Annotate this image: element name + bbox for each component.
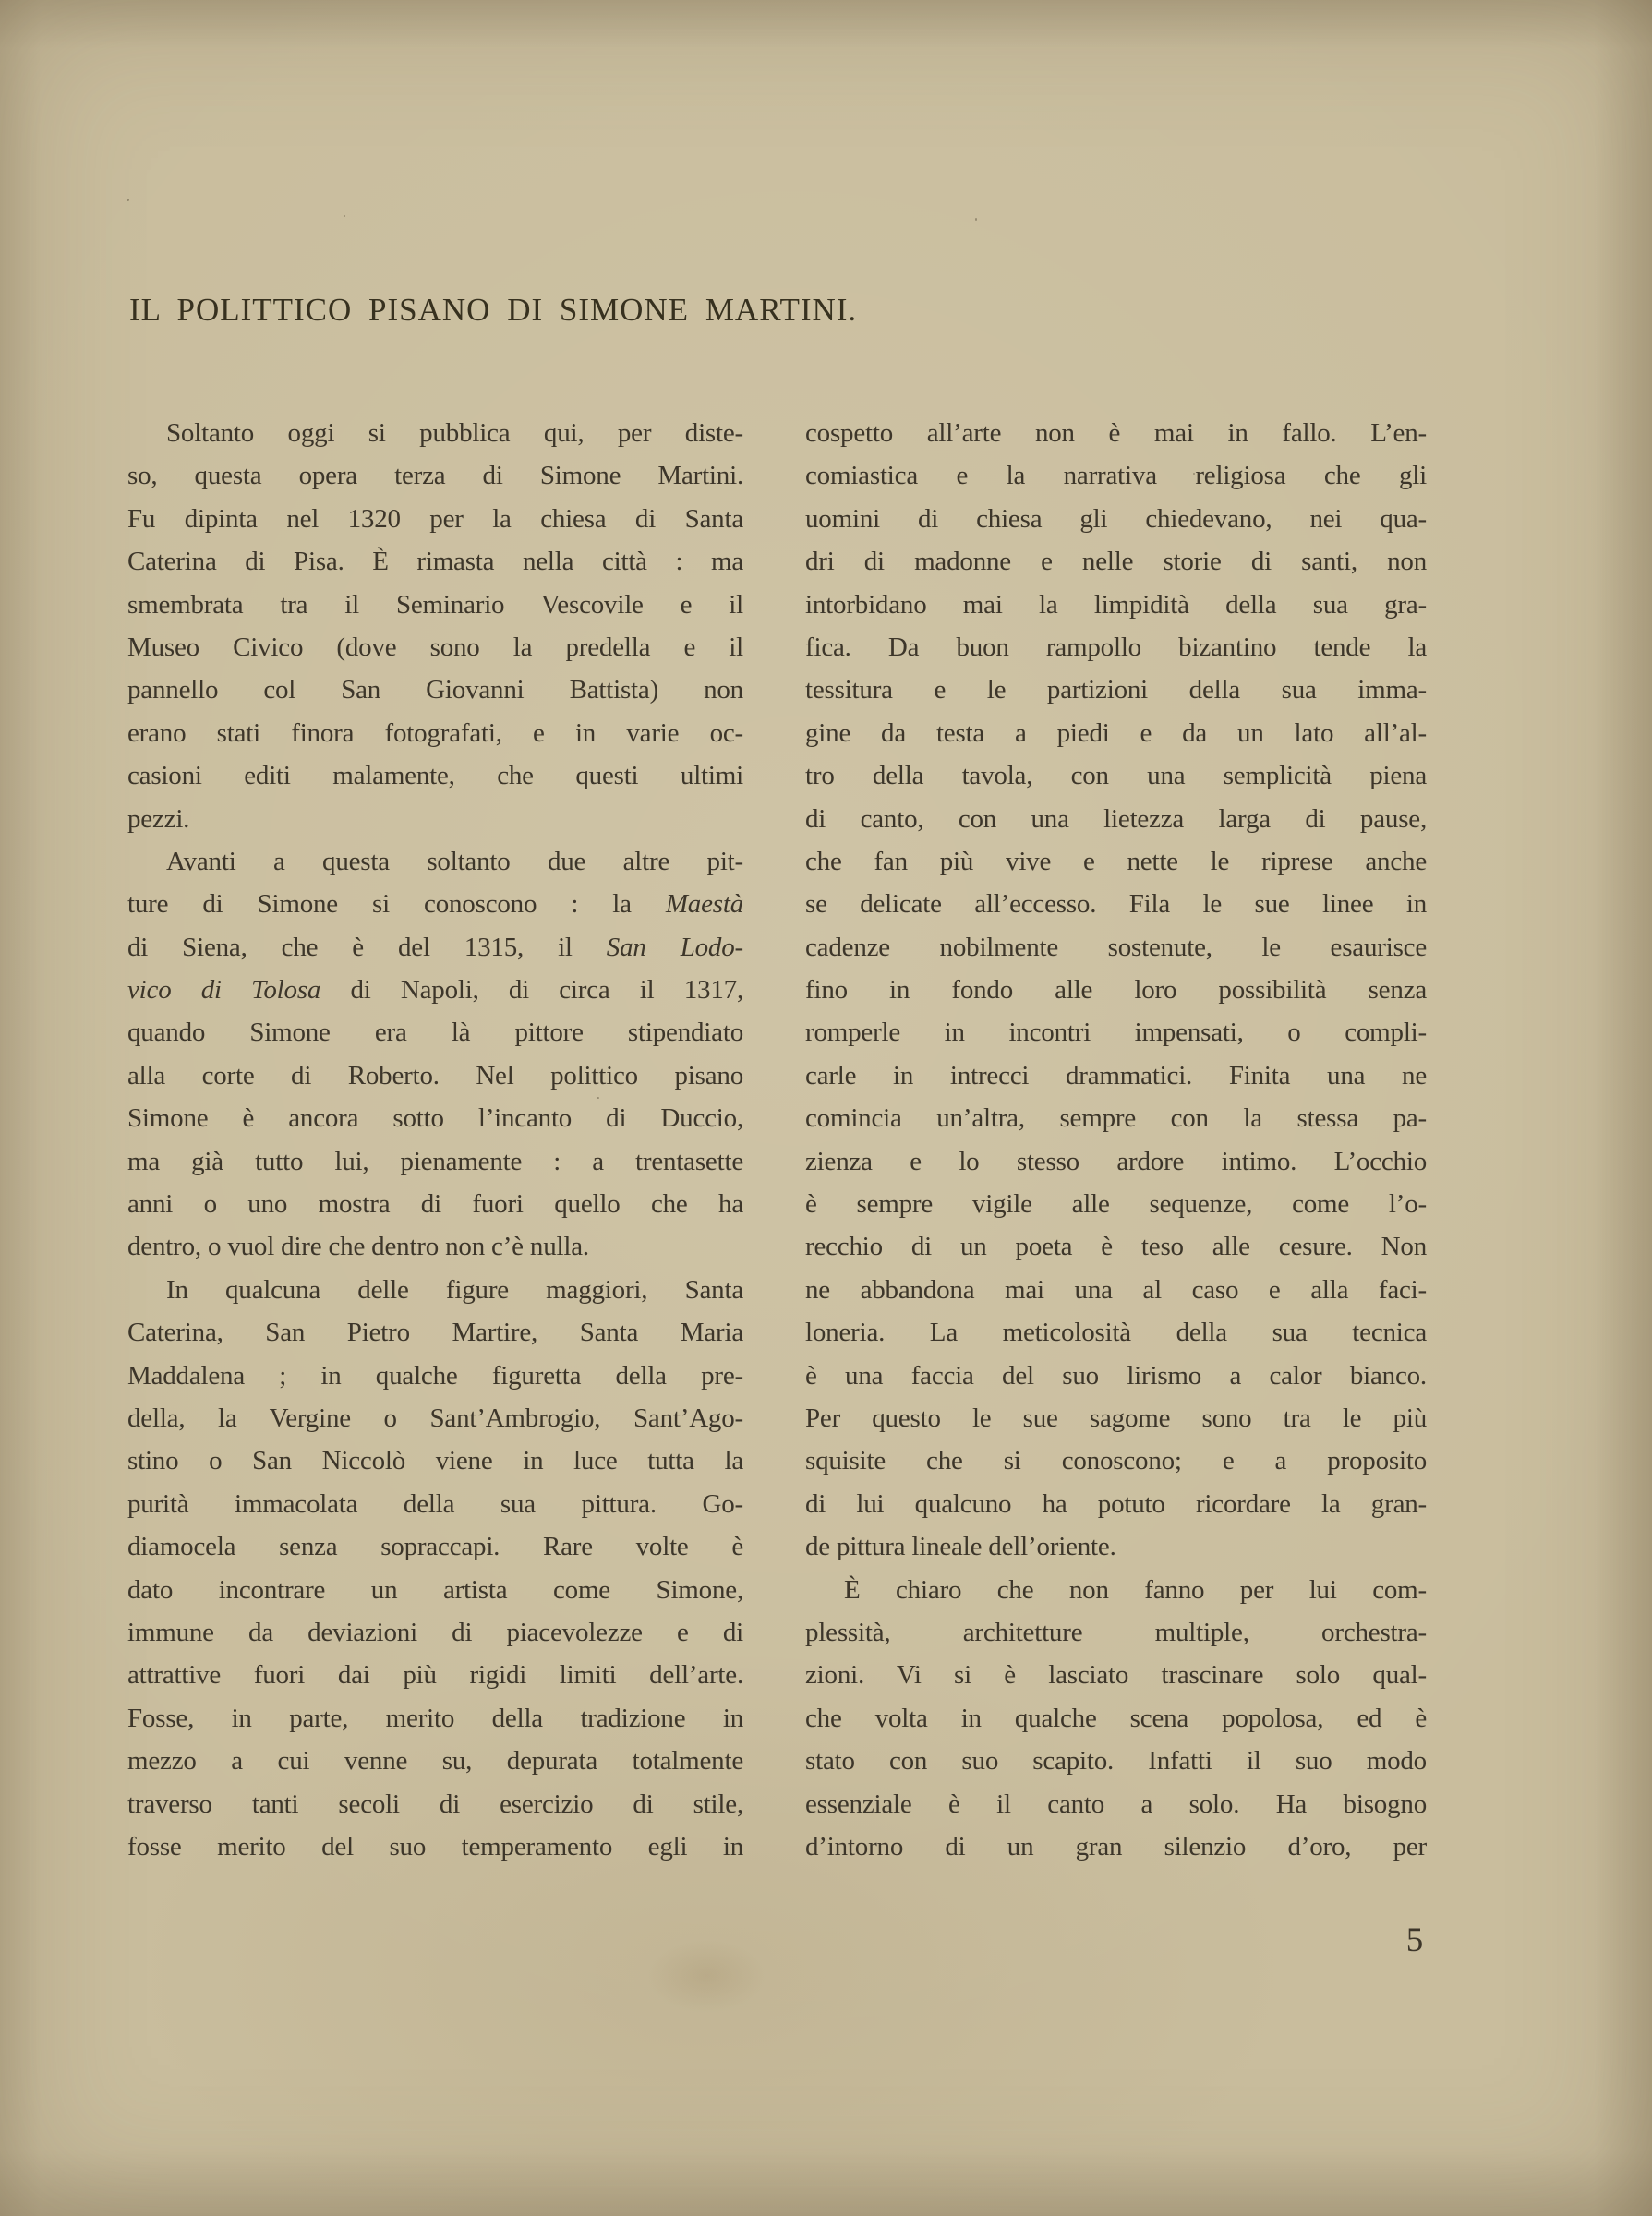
text-line: fica. Da buon rampollo bizantino tende l…	[805, 626, 1427, 668]
text-line: traverso tanti secoli di esercizio di st…	[127, 1783, 743, 1825]
text-line: tro della tavola, con una semplicità pie…	[805, 754, 1427, 797]
text-line: comiastica e la narrativa religiosa che …	[805, 454, 1427, 497]
paper-stain	[646, 1939, 766, 2013]
text-line: mezzo a cui venne su, depurata totalment…	[127, 1740, 743, 1782]
paper-speck	[344, 215, 345, 217]
text-line: di canto, con una lietezza larga di paus…	[805, 798, 1427, 840]
text-line: carle in intrecci drammatici. Finita una…	[805, 1054, 1427, 1097]
text-line: zioni. Vi si è lasciato trascinare solo …	[805, 1654, 1427, 1696]
text-line: erano stati finora fotografati, e in var…	[127, 712, 743, 754]
text-line: Museo Civico (dove sono la predella e il	[127, 626, 743, 668]
text-line: purità immacolata della sua pittura. Go-	[127, 1483, 743, 1525]
text-line: se delicate all’eccesso. Fila le sue lin…	[805, 883, 1427, 925]
text-line: comincia un’altra, sempre con la stessa …	[805, 1097, 1427, 1139]
text-line: dri di madonne e nelle storie di santi, …	[805, 540, 1427, 583]
text-line: uomini di chiesa gli chiedevano, nei qua…	[805, 498, 1427, 540]
text-line: anni o uno mostra di fuori quello che ha	[127, 1183, 743, 1225]
text-line: Maddalena ; in qualche figuretta della p…	[127, 1355, 743, 1397]
text-line: cadenze nobilmente sostenute, le esauris…	[805, 926, 1427, 969]
text-line: fosse merito del suo temperamento egli i…	[127, 1825, 743, 1868]
text-line: romperle in incontri impensati, o compli…	[805, 1011, 1427, 1054]
text-line: alla corte di Roberto. Nel polittico pis…	[127, 1054, 743, 1097]
text-line: tessitura e le partizioni della sua imma…	[805, 668, 1427, 711]
text-line: immune da deviazioni di piacevolezze e d…	[127, 1611, 743, 1654]
text-line: Fosse, in parte, merito della tradizione…	[127, 1697, 743, 1740]
text-line: intorbidano mai la limpidità della sua g…	[805, 584, 1427, 626]
text-line: loneria. La meticolosità della sua tecni…	[805, 1311, 1427, 1354]
text-line: Caterina di Pisa. È rimasta nella città …	[127, 540, 743, 583]
text-line: gine da testa a piedi e da un lato all’a…	[805, 712, 1427, 754]
text-line: che volta in qualche scena popolosa, ed …	[805, 1697, 1427, 1740]
paper-speck	[597, 1097, 599, 1099]
text-line: di lui qualcuno ha potuto ricordare la g…	[805, 1483, 1427, 1525]
text-line: diamocela senza sopraccapi. Rare volte è	[127, 1525, 743, 1568]
paper-speck	[975, 218, 977, 221]
text-line: d’intorno di un gran silenzio d’oro, per	[805, 1825, 1427, 1868]
text-line: Per questo le sue sagome sono tra le più	[805, 1397, 1427, 1439]
text-line: vico di Tolosa di Napoli, di circa il 13…	[127, 969, 743, 1011]
text-line: pannello col San Giovanni Battista) non	[127, 668, 743, 711]
text-line: quando Simone era là pittore stipendiato	[127, 1011, 743, 1054]
text-line: di Siena, che è del 1315, il San Lodo-	[127, 926, 743, 969]
text-line: è una faccia del suo lirismo a calor bia…	[805, 1355, 1427, 1397]
text-line: è sempre vigile alle sequenze, come l’o-	[805, 1183, 1427, 1225]
text-line: fino in fondo alle loro possibilità senz…	[805, 969, 1427, 1011]
text-line: recchio di un poeta è teso alle cesure. …	[805, 1225, 1427, 1268]
text-line: smembrata tra il Seminario Vescovile e i…	[127, 584, 743, 626]
text-line: dato incontrare un artista come Simone,	[127, 1569, 743, 1611]
text-line: Caterina, San Pietro Martire, Santa Mari…	[127, 1311, 743, 1354]
paper-speck	[1193, 473, 1195, 475]
paper-speck	[127, 199, 129, 201]
text-line: cospetto all’arte non è mai in fallo. L’…	[805, 412, 1427, 454]
text-line: In qualcuna delle figure maggiori, Santa	[127, 1269, 743, 1311]
page-title: IL POLITTICO PISANO DI SIMONE MARTINI.	[129, 294, 857, 326]
left-column: Soltanto oggi si pubblica qui, per diste…	[127, 412, 743, 1868]
text-line: che fan più vive e nette le riprese anch…	[805, 840, 1427, 883]
text-line: ture di Simone si conoscono : la Maestà	[127, 883, 743, 925]
text-line: della, la Vergine o Sant’Ambrogio, Sant’…	[127, 1397, 743, 1439]
right-column: cospetto all’arte non è mai in fallo. L’…	[805, 412, 1427, 1868]
text-line: zienza e lo stesso ardore intimo. L’occh…	[805, 1140, 1427, 1183]
text-line: casioni editi malamente, che questi ulti…	[127, 754, 743, 797]
text-line: dentro, o vuol dire che dentro non c’è n…	[127, 1225, 743, 1268]
text-line: pezzi.	[127, 798, 743, 840]
text-line: Soltanto oggi si pubblica qui, per diste…	[127, 412, 743, 454]
text-line: Avanti a questa soltanto due altre pit-	[127, 840, 743, 883]
text-line: plessità, architetture multiple, orchest…	[805, 1611, 1427, 1654]
text-line: de pittura lineale dell’oriente.	[805, 1525, 1427, 1568]
text-line: essenziale è il canto a solo. Ha bisogno	[805, 1783, 1427, 1825]
text-line: so, questa opera terza di Simone Martini…	[127, 454, 743, 497]
text-line: È chiaro che non fanno per lui com-	[805, 1569, 1427, 1611]
text-line: ne abbandona mai una al caso e alla faci…	[805, 1269, 1427, 1311]
text-line: stino o San Niccolò viene in luce tutta …	[127, 1439, 743, 1482]
text-line: Simone è ancora sotto l’incanto di Ducci…	[127, 1097, 743, 1139]
text-line: attrattive fuori dai più rigidi limiti d…	[127, 1654, 743, 1696]
text-line: Fu dipinta nel 1320 per la chiesa di San…	[127, 498, 743, 540]
text-line: stato con suo scapito. Infatti il suo mo…	[805, 1740, 1427, 1782]
text-line: ma già tutto lui, pienamente : a trentas…	[127, 1140, 743, 1183]
text-line: squisite che si conoscono; e a proposito	[805, 1439, 1427, 1482]
page-number: 5	[1385, 1921, 1444, 1960]
book-page: IL POLITTICO PISANO DI SIMONE MARTINI. S…	[0, 0, 1652, 2216]
